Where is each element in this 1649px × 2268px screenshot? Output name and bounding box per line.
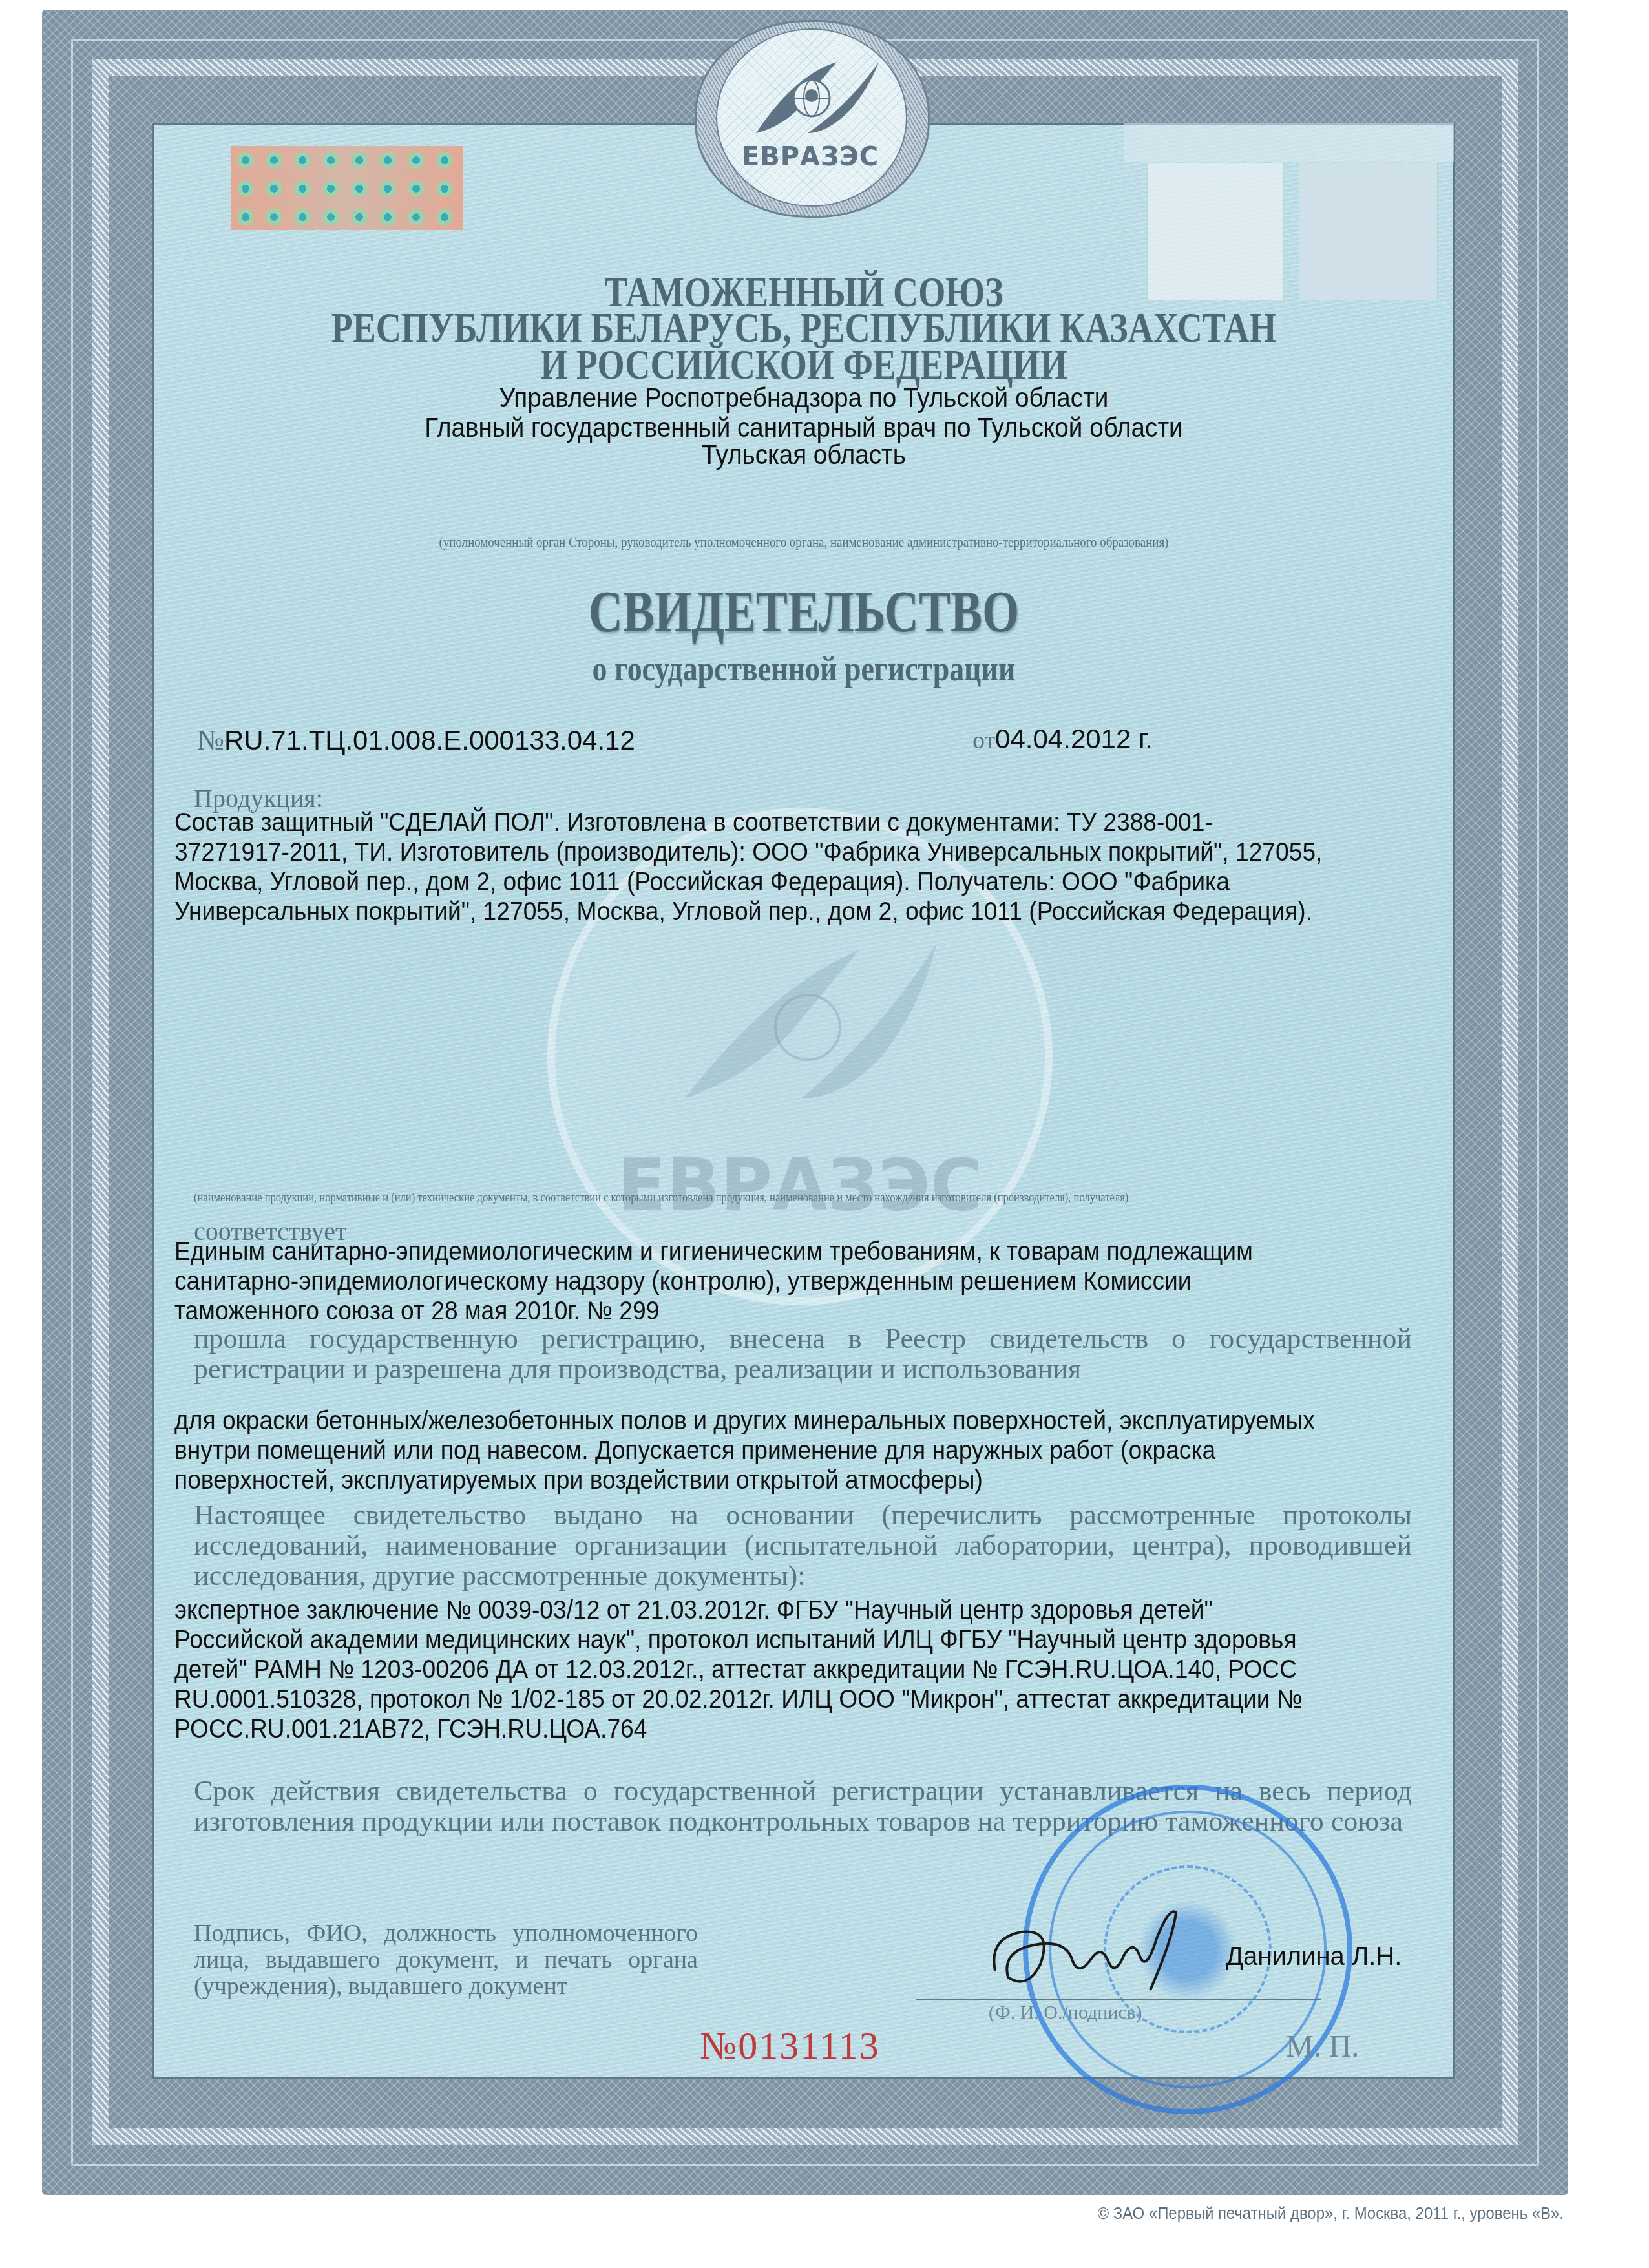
product-hint: (наименование продукции, нормативные и (…: [194, 1191, 1318, 1204]
watermark-emblem-icon: [672, 918, 943, 1111]
authority-hint: (уполномоченный орган Стороны, руководит…: [244, 534, 1364, 551]
signature-label: Подпись, ФИО, должность уполномоченного …: [194, 1920, 698, 2000]
usage-text: для окраски бетонных/железобетонных поло…: [174, 1406, 1325, 1495]
seal-place-mark: М. П.: [1286, 2029, 1359, 2064]
registration-date: 04.04.2012 г.: [995, 724, 1153, 754]
date-prefix: от: [972, 727, 995, 754]
registration-date-row: от04.04.2012 г.: [972, 724, 1153, 755]
authority-line-2: Главный государственный санитарный врач …: [205, 414, 1403, 441]
product-text: Состав защитный "СДЕЛАЙ ПОЛ". Изготовлен…: [174, 808, 1325, 927]
number-sign: №: [197, 724, 224, 756]
fio-hint: (Ф. И. О./подпись): [989, 2002, 1142, 2024]
handwritten-signature-icon: [982, 1900, 1202, 1997]
compliance-text: Единым санитарно-эпидемиологическим и ги…: [174, 1237, 1325, 1326]
basis-text: экспертное заключение № 0039-03/12 от 21…: [174, 1595, 1325, 1744]
printer-credit: © ЗАО «Первый печатный двор», г. Москва,…: [1077, 2203, 1564, 2223]
signature-line: [916, 1999, 1321, 2000]
registered-statement: прошла государственную регистрацию, внес…: [194, 1323, 1412, 1384]
document-title: СВИДЕТЕЛЬСТВО: [283, 582, 1325, 641]
security-strip: [1124, 123, 1454, 162]
logo-seal-inner: [716, 28, 907, 207]
document-subtitle: о государственной регистрации: [250, 651, 1358, 686]
hologram-icon: [231, 146, 463, 230]
form-serial-number: №0131113: [700, 2024, 880, 2068]
authority-line-3: Тульская область: [205, 441, 1403, 468]
registration-number: RU.71.ТЦ.01.008.Е.000133.04.12: [224, 725, 635, 755]
logo-text: ЕВРАЗЭС: [716, 142, 905, 172]
authority-line-1: Управление Роспотребнадзора по Тульской …: [205, 384, 1403, 412]
watermark-text: ЕВРАЗЭС: [547, 1144, 1053, 1226]
signer-name: Данилина Л.Н.: [1226, 1942, 1402, 1971]
union-title-line-3: И РОССИЙСКОЙ ФЕДЕРАЦИИ: [269, 344, 1338, 386]
basis-statement: Настоящее свидетельство выдано на основа…: [194, 1500, 1412, 1591]
registration-number-row: №RU.71.ТЦ.01.008.Е.000133.04.12: [197, 724, 635, 757]
